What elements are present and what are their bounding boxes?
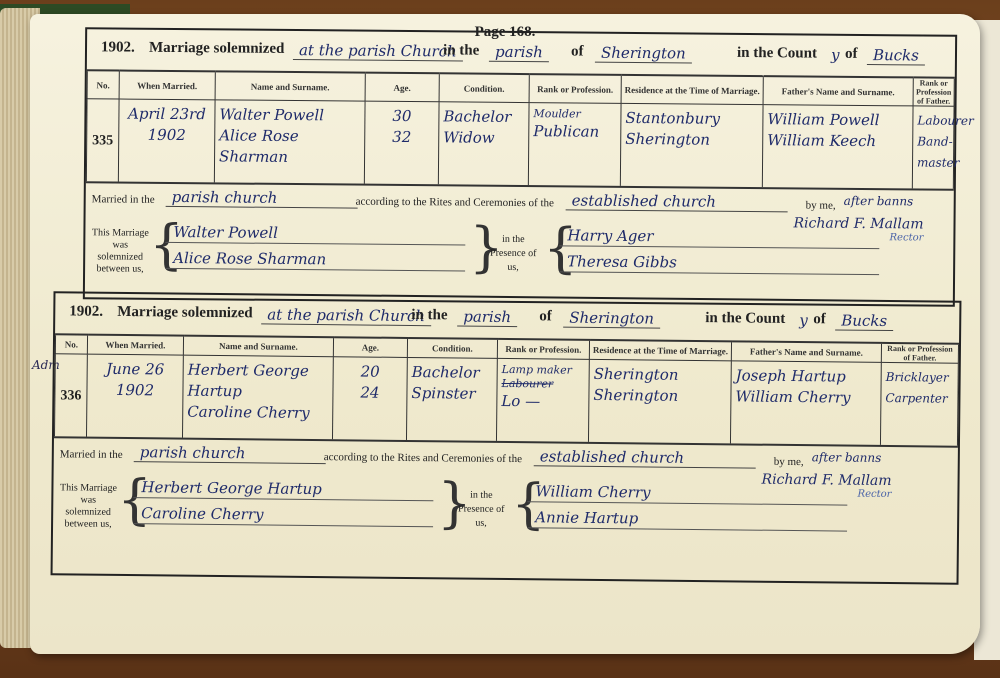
rites-value: established church [566, 191, 788, 212]
officiant: Richard F. MallamRector [793, 215, 923, 243]
marriage-place: at the parish Church [293, 41, 463, 61]
when-married: June 261902 [86, 354, 183, 438]
names: Herbert George HartupCaroline Cherry [182, 355, 333, 439]
groom-condition: Bachelor [412, 362, 493, 384]
col-residence: Residence at the Time of Marriage. [621, 75, 763, 105]
conditions: BachelorSpinster [406, 357, 497, 440]
witness-2-signature: Annie Hartup [535, 508, 638, 527]
district-type: parish [457, 307, 517, 327]
of-label: of [571, 43, 584, 60]
married-in-value: parish church [134, 443, 326, 464]
in-presence-label: in the Presence of us, [451, 488, 511, 531]
district-name: Sherington [595, 44, 692, 64]
bride-father-profession: Carpenter [885, 388, 953, 410]
groom-signature: Herbert George Hartup [141, 478, 322, 498]
signature-line-bride: Caroline Cherry [133, 501, 433, 527]
col-condition: Condition. [439, 73, 529, 102]
entry-year: 1902. [101, 39, 135, 56]
bride-condition: Widow [443, 127, 524, 149]
bride-age: 24 [337, 382, 402, 404]
groom-signature: Walter Powell [173, 223, 278, 242]
ages: 3032 [364, 101, 439, 184]
residences: StantonburySherington [620, 103, 763, 187]
bride-residence: Sherington [593, 385, 726, 407]
col-father-name: Father's Name and Surname. [763, 76, 913, 106]
groom-profession: Lamp maker [502, 363, 585, 378]
by-me-label: by me, [806, 199, 836, 211]
this-marriage-label: This Marriage was solemnized between us, [91, 227, 149, 276]
col-profession: Rank or Profession. [497, 339, 589, 359]
groom-father-name: Joseph Hartup [736, 365, 877, 387]
father-professions: LabourerBand-master [912, 106, 954, 189]
when-married: April 23rd1902 [118, 99, 215, 182]
col-name: Name and Surname. [183, 336, 333, 357]
groom-profession: Moulder [533, 107, 616, 122]
marriage-entry-336: 1902. Marriage solemnized at the parish … [51, 291, 962, 584]
col-father-profession: Rank or Profession of Father. [913, 77, 954, 106]
county-name: Bucks [867, 46, 925, 66]
this-marriage-label: This Marriage was solemnized between us, [59, 482, 117, 531]
bride-signature: Alice Rose Sharman [173, 249, 326, 268]
professions: MoulderPublican [528, 103, 621, 186]
district-type: parish [489, 43, 549, 63]
table-row: 335 April 23rd1902 Walter PowellAlice Ro… [86, 99, 954, 189]
after-banns: after banns [812, 450, 882, 465]
bride-name: Alice Rose Sharman [219, 125, 360, 168]
names: Walter PowellAlice Rose Sharman [214, 100, 365, 184]
according-to-label: according to the Rites and Ceremonies of… [356, 196, 554, 210]
col-profession: Rank or Profession. [529, 74, 621, 103]
officiant-title: Rector [793, 231, 923, 243]
table-row: 336 June 261902 Herbert George HartupCar… [54, 354, 958, 446]
after-banns: after banns [844, 194, 914, 209]
col-name: Name and Surname. [215, 71, 365, 101]
witness-2-signature: Theresa Gibbs [567, 252, 677, 271]
county-label: in the Count [737, 45, 817, 63]
entry-year: 1902. [69, 303, 103, 320]
col-no: No. [55, 334, 87, 354]
married-in-label: Married in the [60, 448, 123, 461]
col-condition: Condition. [407, 338, 497, 358]
bride-condition: Spinster [411, 383, 492, 405]
of-label: of [539, 308, 552, 325]
county-label: in the Count [705, 310, 785, 328]
father-professions: BricklayerCarpenter [880, 362, 958, 445]
groom-name: Herbert George Hartup [187, 360, 328, 403]
groom-age: 30 [369, 106, 434, 128]
groom-condition: Bachelor [443, 106, 524, 128]
signature-block: This Marriage was solemnized between us,… [53, 470, 958, 551]
marriage-solemnized-label: Marriage solemnized [149, 40, 285, 58]
groom-father-name: William Powell [767, 109, 908, 131]
officiant-title: Rector [761, 488, 891, 500]
by-me-label: by me, [774, 456, 804, 468]
groom-age: 20 [338, 361, 403, 383]
col-father-profession: Rank or Profession of Father. [881, 343, 958, 363]
groom-residence: Sherington [594, 364, 727, 386]
in-presence-label: in the Presence of us, [483, 233, 543, 276]
entry-headline: 1902. Marriage solemnized at the parish … [87, 29, 955, 77]
married-in-value: parish church [166, 188, 358, 209]
marriage-year: 1902 [123, 125, 210, 147]
bride-profession: Lo — [501, 391, 584, 413]
officiant-signature: Richard F. Mallam [793, 215, 923, 232]
witness-1-signature: William Cherry [535, 482, 650, 501]
entry-number: 335 [86, 99, 119, 182]
residences: SheringtonSherington [588, 359, 731, 443]
in-the-label: in the [411, 307, 447, 324]
col-when-married: When Married. [87, 335, 183, 356]
witness-line-2: Theresa Gibbs [559, 249, 879, 275]
rites-value: established church [534, 447, 756, 468]
signature-line-bride: Alice Rose Sharman [165, 246, 465, 272]
bride-father-name: William Cherry [735, 386, 876, 408]
county-suffix: y [831, 46, 840, 64]
groom-profession-struck: Labourer [501, 377, 584, 392]
in-the-label: in the [443, 42, 479, 59]
col-age: Age. [333, 337, 407, 357]
col-father-name: Father's Name and Surname. [731, 341, 881, 362]
county-suffix: y [799, 311, 808, 329]
fathers: William PowellWilliam Keech [762, 105, 913, 189]
bride-father-profession: Band-master [917, 131, 949, 173]
col-no: No. [87, 70, 119, 99]
married-in-label: Married in the [92, 193, 155, 206]
officiant: Richard F. MallamRector [761, 472, 891, 500]
register-table: No. When Married. Name and Surname. Age.… [86, 69, 955, 189]
bride-name: Caroline Cherry [187, 402, 328, 424]
ages: 2024 [332, 357, 407, 440]
county-of-label: of [845, 46, 858, 63]
groom-name: Walter Powell [219, 104, 360, 126]
marriage-place: at the parish Church [261, 305, 431, 326]
marriage-date: April 23rd [123, 104, 210, 126]
groom-father-profession: Labourer [917, 110, 949, 131]
col-age: Age. [365, 73, 439, 102]
bride-signature: Caroline Cherry [141, 504, 264, 523]
groom-residence: Stantonbury [625, 108, 758, 130]
signature-line-groom: Walter Powell [165, 220, 465, 246]
marriage-year: 1902 [91, 380, 178, 402]
fathers: Joseph HartupWilliam Cherry [730, 361, 881, 445]
county-of-label: of [813, 311, 826, 328]
county-name: Bucks [835, 311, 893, 331]
bride-age: 32 [369, 127, 434, 149]
officiant-signature: Richard F. Mallam [761, 472, 891, 489]
entry-number: 336 [54, 354, 87, 437]
col-residence: Residence at the Time of Marriage. [589, 340, 731, 361]
bride-profession: Publican [533, 121, 616, 143]
signature-line-groom: Herbert George Hartup [133, 475, 433, 501]
witness-line-2: Annie Hartup [527, 505, 847, 531]
register-table: No. When Married. Name and Surname. Age.… [54, 333, 959, 445]
conditions: BachelorWidow [438, 102, 529, 185]
signature-block: This Marriage was solemnized between us,… [85, 215, 954, 295]
according-to-label: according to the Rites and Ceremonies of… [324, 451, 522, 465]
district-name: Sherington [563, 309, 660, 329]
col-when-married: When Married. [119, 70, 215, 99]
bride-residence: Sherington [625, 129, 758, 151]
witness-1-signature: Harry Ager [567, 226, 653, 245]
marriage-entry-335: 1902. Marriage solemnized at the parish … [83, 27, 957, 307]
bride-father-name: William Keech [767, 130, 908, 152]
marriage-date: June 26 [92, 359, 179, 381]
groom-father-profession: Bricklayer [886, 367, 954, 389]
professions: Lamp makerLabourerLo — [496, 358, 589, 441]
marriage-solemnized-label: Marriage solemnized [117, 304, 253, 322]
